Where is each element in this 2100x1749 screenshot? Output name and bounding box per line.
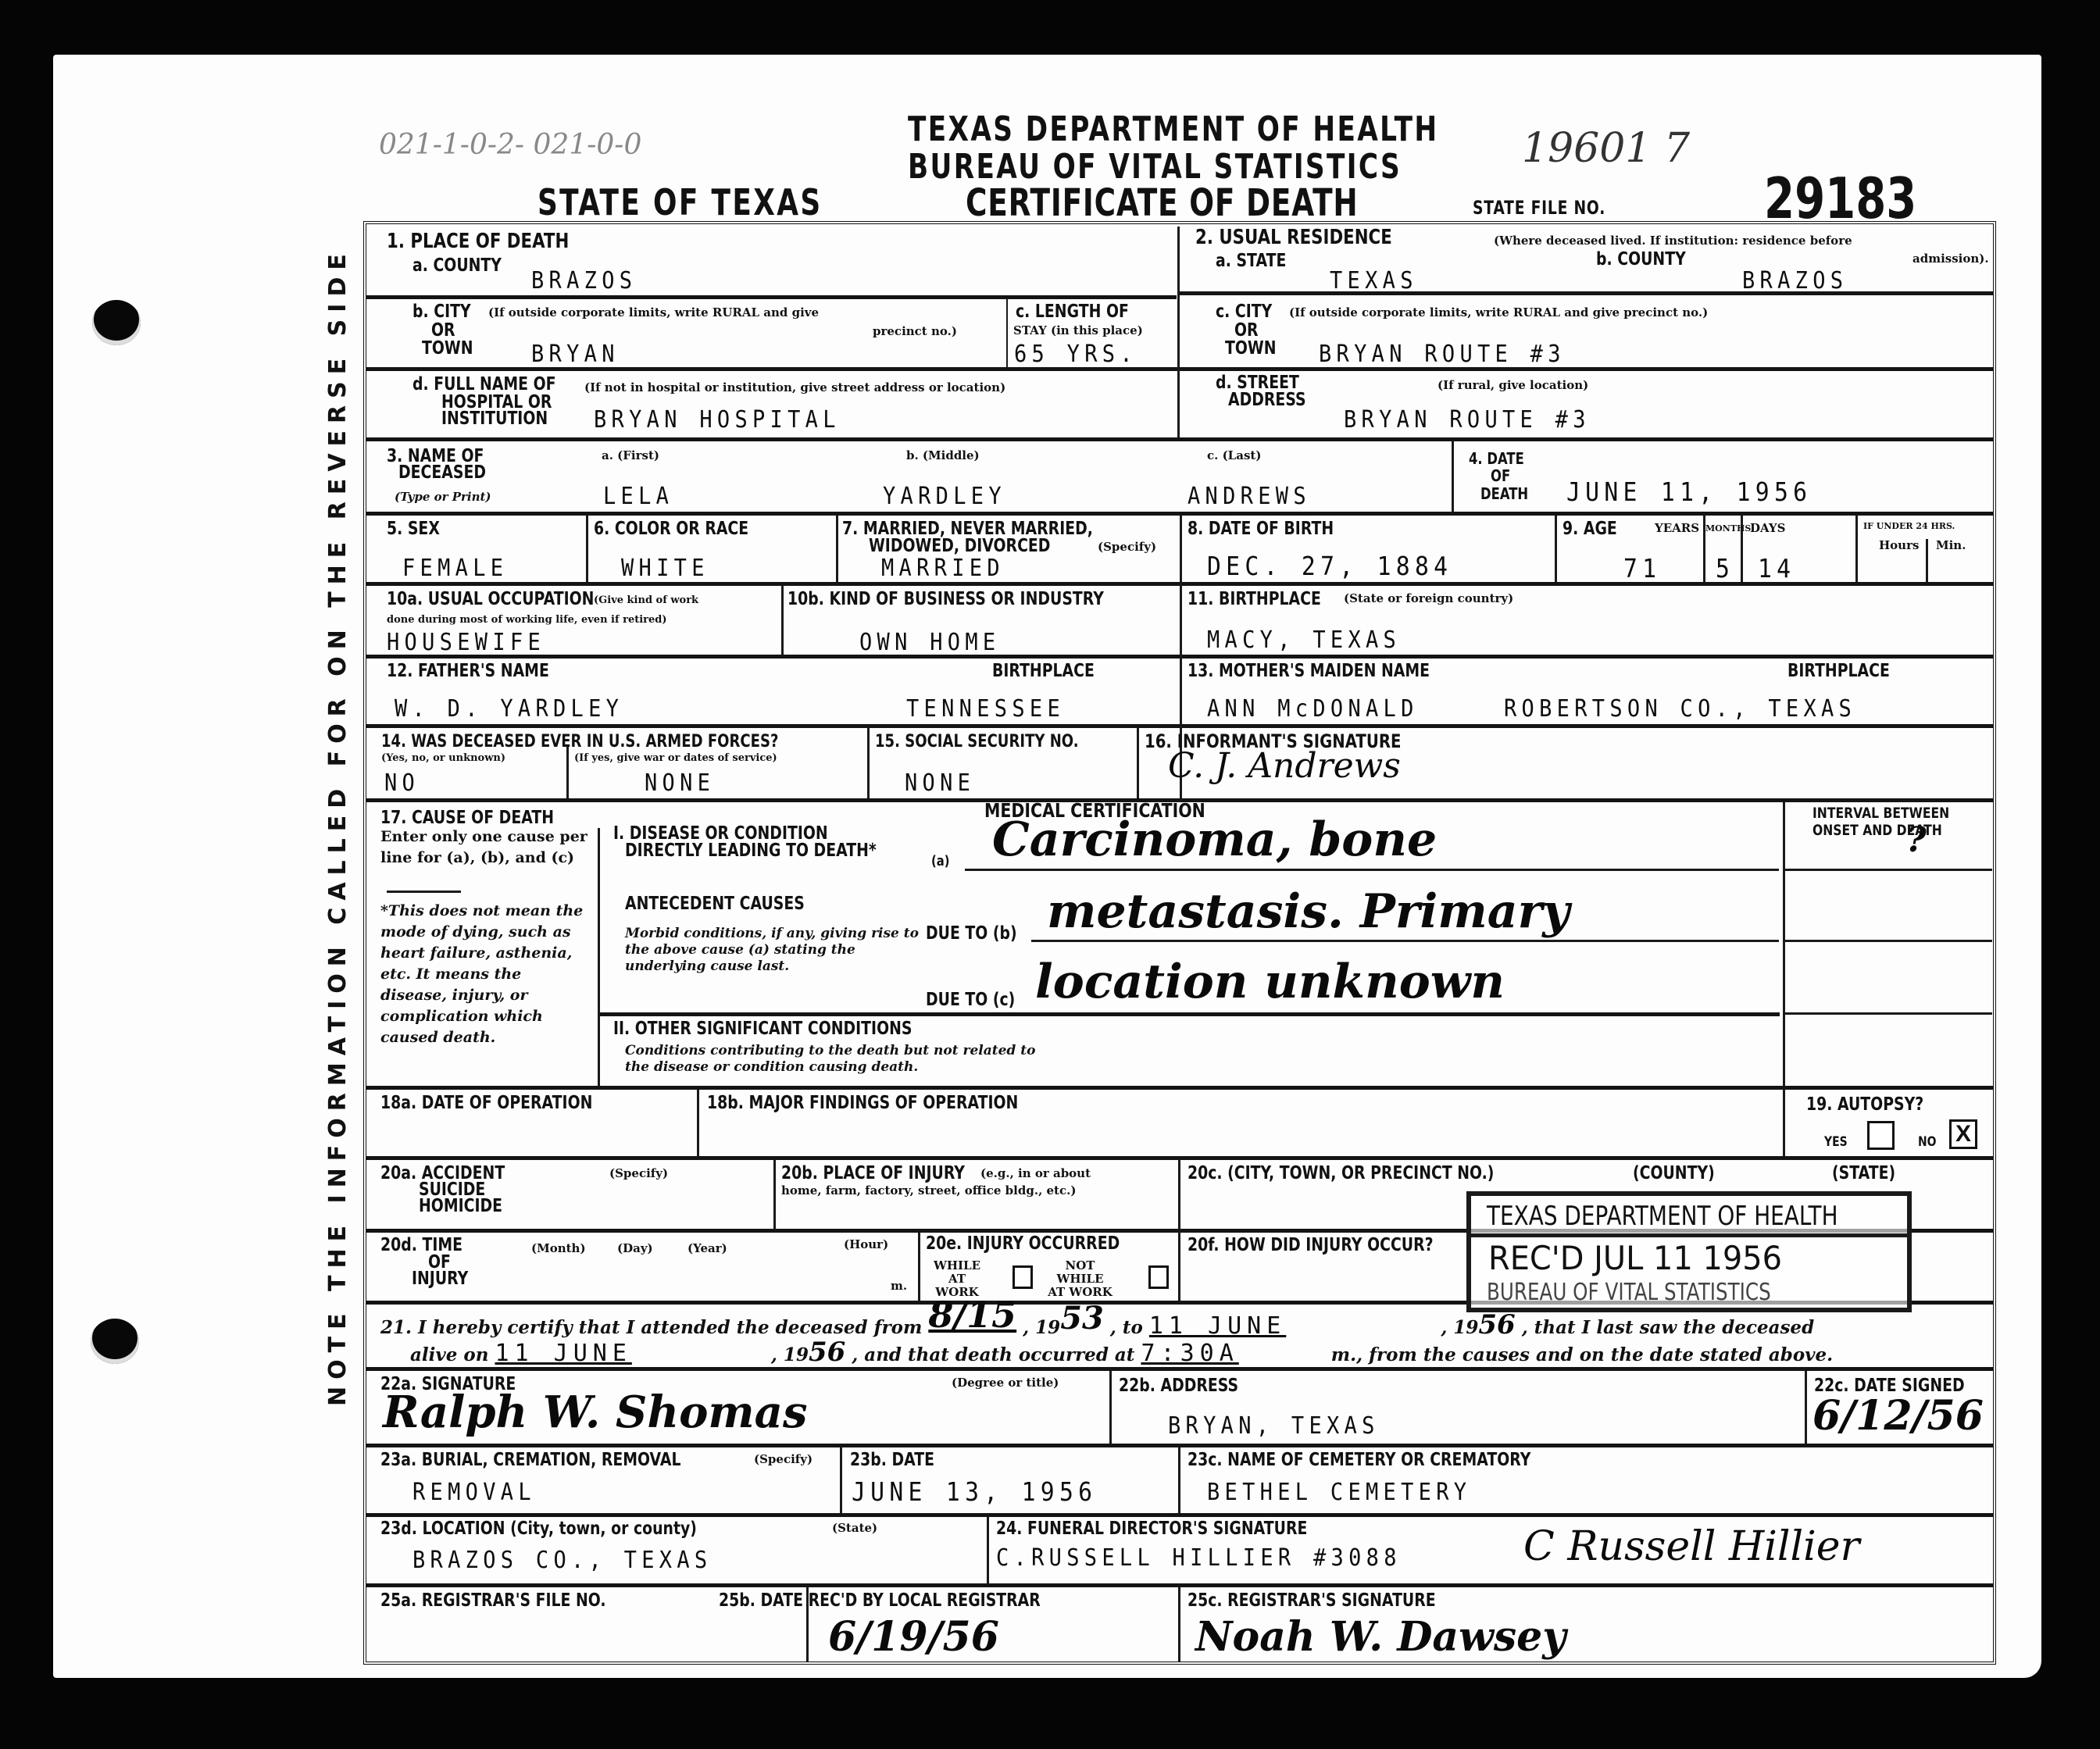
date-of-birth: DEC. 27, 1884	[1207, 551, 1452, 581]
last-seen-alive: 11 JUNE	[495, 1340, 631, 1367]
race-label: 6. COLOR OR RACE	[594, 519, 748, 539]
residence-state: TEXAS	[1330, 267, 1418, 294]
min-label: Min.	[1936, 539, 1966, 552]
rule	[697, 1090, 699, 1156]
certification-line-1: 21. I hereby certify that I attended the…	[380, 1311, 1814, 1338]
death-city-note-2: precinct no.)	[873, 325, 957, 338]
residence-county: BRAZOS	[1742, 267, 1848, 294]
residence-state-label: a. STATE	[1216, 252, 1286, 271]
residence-city-label: c. CITY	[1216, 302, 1272, 322]
name-label-2: DECEASED	[398, 463, 486, 483]
certification-text: , and that death occurred at	[852, 1344, 1134, 1365]
hospital-name: BRYAN HOSPITAL	[594, 406, 841, 434]
occupation-label: 10a. USUAL OCCUPATION	[387, 590, 594, 609]
last-name-label: c. (Last)	[1207, 449, 1261, 462]
certification-text: , 19	[771, 1344, 809, 1365]
months-label: MONTHS	[1705, 522, 1751, 535]
autopsy-no-label: NO	[1918, 1133, 1937, 1152]
first-name: LELA	[603, 483, 673, 510]
years-label: YEARS	[1655, 522, 1699, 535]
business: OWN HOME	[859, 629, 1000, 656]
armed-forces-note: (Yes, no, or unknown)	[381, 751, 505, 765]
marital-status: MARRIED	[881, 555, 1005, 582]
rule	[1109, 1371, 1112, 1444]
rule	[1926, 539, 1928, 582]
place-of-injury-note-2: home, farm, factory, street, office bldg…	[781, 1184, 1076, 1198]
mother-birthplace-label: BIRTHPLACE	[1787, 662, 1890, 681]
age-label: 9. AGE	[1562, 519, 1617, 539]
rule	[1785, 869, 1992, 871]
rule	[987, 1517, 989, 1583]
injury-city-label: 20c. (CITY, TOWN, OR PRECINCT NO.)	[1187, 1164, 1494, 1183]
hour-label: (Hour)	[844, 1238, 888, 1251]
length-of-stay: 65 YRS.	[1014, 341, 1137, 368]
date-of-death: JUNE 11, 1956	[1566, 477, 1812, 507]
burial-location-label: 23d. LOCATION (City, town, or county)	[380, 1519, 697, 1539]
street-label-2: ADDRESS	[1228, 391, 1306, 410]
disposition-label: 23a. BURIAL, CREMATION, REMOVAL	[380, 1451, 680, 1470]
sex: FEMALE	[402, 555, 508, 582]
funeral-director: C.RUSSELL HILLIER #3088	[996, 1544, 1402, 1572]
mother-label: 13. MOTHER'S MAIDEN NAME	[1187, 662, 1430, 681]
dob-label: 8. DATE OF BIRTH	[1187, 519, 1334, 539]
how-injury-label: 20f. HOW DID INJURY OCCUR?	[1187, 1236, 1434, 1255]
social-security-number: NONE	[905, 769, 975, 797]
stamp-line-3: BUREAU OF VITAL STATISTICS	[1487, 1280, 1771, 1305]
rule	[773, 1160, 776, 1229]
cause-footnote: *This does not mean the mode of dying, s…	[380, 901, 587, 1048]
rule	[1785, 940, 1992, 942]
rule	[366, 437, 1994, 441]
age-days: 14	[1758, 553, 1795, 584]
certification-line-2: alive on 11 JUNE , 1956 , and that death…	[410, 1342, 1833, 1365]
age-years: 71	[1623, 553, 1661, 584]
rule	[1180, 291, 1994, 295]
stamp-line-1: TEXAS DEPARTMENT OF HEALTH	[1487, 1202, 1838, 1230]
day-label: (Day)	[617, 1242, 653, 1255]
handwritten-number: 19601 7	[1522, 125, 1690, 172]
rule	[1785, 1012, 1992, 1015]
business-label: 10b. KIND OF BUSINESS OR INDUSTRY	[787, 590, 1104, 609]
rule	[1177, 227, 1180, 437]
rule	[1178, 1587, 1180, 1662]
name-label-3: (Type or Print)	[395, 491, 491, 504]
physician-address-label: 22b. ADDRESS	[1119, 1376, 1238, 1396]
accident-specify: (Specify)	[609, 1167, 668, 1180]
registrar-date-label: 25b. DATE REC'D BY LOCAL REGISTRAR	[719, 1591, 1041, 1611]
armed-forces-label: 14. WAS DECEASED EVER IN U.S. ARMED FORC…	[381, 732, 778, 751]
age-months: 5	[1716, 553, 1734, 584]
checkmark-x-icon: X	[1955, 1121, 1971, 1147]
interval-a: ?	[1906, 820, 1927, 860]
injury-county-label: (COUNTY)	[1633, 1164, 1715, 1183]
injury-state-label: (STATE)	[1832, 1164, 1895, 1183]
attended-to: 11 JUNE	[1149, 1312, 1286, 1340]
part1-label-2: DIRECTLY LEADING TO DEATH*	[625, 841, 877, 861]
hospital-label-3: INSTITUTION	[441, 409, 548, 429]
rule	[1178, 1160, 1180, 1301]
cause-instructions: Enter only one cause per line for (a), (…	[380, 826, 587, 869]
accident-label-3: HOMICIDE	[419, 1197, 502, 1216]
date-of-death-label-2: OF	[1491, 466, 1510, 486]
place-of-death-label: 1. PLACE OF DEATH	[387, 232, 569, 252]
year-label: (Year)	[687, 1242, 727, 1255]
mother-birthplace: ROBERTSON CO., TEXAS	[1504, 695, 1856, 723]
death-county-label: a. COUNTY	[412, 256, 502, 276]
registrar-signature-label: 25c. REGISTRAR'S SIGNATURE	[1187, 1591, 1436, 1611]
received-stamp: TEXAS DEPARTMENT OF HEALTH REC'D JUL 11 …	[1466, 1191, 1912, 1312]
injury-occurred-label: 20e. INJURY OCCURRED	[926, 1234, 1120, 1254]
last-seen-year: 56	[809, 1337, 845, 1368]
father-name: W. D. YARDLEY	[395, 695, 623, 723]
last-name: ANDREWS	[1187, 483, 1311, 510]
rule	[1555, 516, 1557, 582]
autopsy-label: 19. AUTOPSY?	[1806, 1095, 1923, 1115]
occupation-note-2: done during most of working life, even i…	[387, 613, 667, 626]
death-city-label: b. CITY	[412, 302, 471, 322]
birthplace-note: (State or foreign country)	[1344, 592, 1513, 605]
father-birthplace-label: BIRTHPLACE	[992, 662, 1095, 681]
time-of-death: 7:30A	[1141, 1340, 1238, 1367]
occupation-note: (Give kind of work	[594, 594, 698, 607]
attended-from-year: 53	[1060, 1300, 1104, 1337]
death-county: BRAZOS	[531, 267, 637, 294]
autopsy-no-checkbox[interactable]: X	[1949, 1119, 1977, 1149]
certification-text: , that I last saw the deceased	[1522, 1317, 1814, 1338]
cause-c: location unknown	[1035, 955, 1505, 1009]
rule	[836, 516, 838, 582]
under-24-label: IF UNDER 24 HRS.	[1863, 519, 1955, 533]
rule	[366, 1229, 1178, 1233]
antecedent-label: ANTECEDENT CAUSES	[625, 894, 805, 914]
not-while-at-work-label: NOT WHILE AT WORK	[1047, 1259, 1113, 1299]
rule	[840, 1447, 842, 1513]
rule	[965, 869, 1779, 871]
burial-date-label: 23b. DATE	[850, 1451, 934, 1470]
residence-label: 2. USUAL RESIDENCE	[1195, 228, 1392, 248]
occupation: HOUSEWIFE	[387, 629, 545, 656]
m-label: m.	[891, 1280, 907, 1293]
residence-city: BRYAN ROUTE #3	[1319, 341, 1566, 368]
burial-state-label: (State)	[832, 1522, 877, 1535]
death-city: BRYAN	[531, 341, 620, 368]
mother-name: ANN McDONALD	[1207, 695, 1419, 723]
autopsy-yes-label: YES	[1824, 1133, 1848, 1152]
certification-text: , to	[1110, 1317, 1143, 1338]
operation-findings-label: 18b. MAJOR FINDINGS OF OPERATION	[707, 1094, 1018, 1113]
rule	[781, 586, 784, 655]
sex-label: 5. SEX	[387, 519, 440, 539]
rule	[867, 726, 870, 798]
part2-note: Conditions contributing to the death but…	[625, 1043, 1062, 1076]
due-to-b-label: DUE TO (b)	[926, 924, 1017, 944]
place-of-injury-label: 20b. PLACE OF INJURY	[781, 1164, 965, 1183]
armed-forces-note-2: (If yes, give war or dates of service)	[574, 751, 777, 765]
certification-text: m., from the causes and on the date stat…	[1331, 1344, 1833, 1365]
birthplace-label: 11. BIRTHPLACE	[1187, 590, 1321, 609]
cause-a-marker: (a)	[931, 851, 949, 871]
middle-name: YARDLEY	[883, 483, 1006, 510]
funeral-director-label: 24. FUNERAL DIRECTOR'S SIGNATURE	[996, 1519, 1307, 1539]
armed-forces-service: NONE	[645, 769, 715, 797]
certification-text: 21. I hereby certify that I attended the…	[380, 1317, 922, 1338]
cemetery: BETHEL CEMETERY	[1207, 1479, 1471, 1506]
residence-county-label: b. COUNTY	[1596, 250, 1686, 269]
informant-signature: C. J. Andrews	[1168, 746, 1401, 786]
days-label: DAYS	[1750, 522, 1785, 535]
document-title: CERTIFICATE OF DEATH	[966, 181, 1359, 225]
burial-date: JUNE 13, 1956	[852, 1476, 1097, 1507]
hours-label: Hours	[1879, 539, 1919, 552]
first-name-label: a. (First)	[602, 449, 659, 462]
rule	[1137, 726, 1139, 798]
rule	[1178, 1447, 1180, 1513]
rule	[1031, 940, 1779, 942]
antecedent-note: Morbid conditions, if any, giving rise t…	[625, 926, 922, 975]
state-heading: STATE OF TEXAS	[537, 181, 823, 223]
cause-a: Carcinoma, bone	[992, 812, 1437, 867]
father-label: 12. FATHER'S NAME	[387, 662, 549, 681]
binder-hole-bottom	[91, 1319, 139, 1364]
rule	[600, 1012, 1780, 1016]
death-city-town: TOWN	[422, 339, 473, 359]
funeral-director-signature: C Russell Hillier	[1523, 1523, 1859, 1570]
place-of-injury-note: (e.g., in or about	[980, 1167, 1091, 1180]
rule	[1855, 516, 1858, 582]
rule	[366, 295, 1177, 299]
father-birthplace: TENNESSEE	[906, 695, 1065, 723]
street-note: (If rural, give location)	[1437, 379, 1588, 392]
due-to-c-label: DUE TO (c)	[926, 991, 1015, 1010]
length-of-stay-label: c. LENGTH OF	[1016, 302, 1129, 322]
registrar-date: 6/19/56	[828, 1613, 999, 1661]
not-while-at-work-checkbox[interactable]	[1148, 1265, 1169, 1289]
middle-name-label: b. (Middle)	[906, 449, 980, 462]
stamp-divider	[1471, 1233, 1907, 1237]
interval-label: INTERVAL BETWEEN ONSET AND DEATH	[1812, 805, 1982, 839]
date-signed: 6/12/56	[1812, 1392, 1984, 1440]
street-address: BRYAN ROUTE #3	[1344, 406, 1591, 434]
rule	[366, 1086, 1994, 1090]
cemetery-label: 23c. NAME OF CEMETERY OR CREMATORY	[1187, 1451, 1530, 1470]
part2-label: II. OTHER SIGNIFICANT CONDITIONS	[613, 1019, 912, 1039]
marital-specify: (Specify)	[1098, 541, 1156, 554]
death-city-note: (If outside corporate limits, write RURA…	[488, 306, 819, 319]
rule	[918, 1233, 920, 1301]
certification-text: alive on	[410, 1344, 488, 1365]
attended-from: 8/15	[928, 1294, 1016, 1336]
rule	[1805, 1371, 1807, 1444]
rule	[1006, 298, 1008, 367]
stamp-line-2: REC'D JUL 11 1956	[1488, 1241, 1782, 1276]
date-of-death-label-3: DEATH	[1480, 484, 1528, 504]
certification-text: , 19	[1023, 1317, 1060, 1338]
residence-city-note: (If outside corporate limits, write RURA…	[1289, 306, 1708, 319]
cause-b: metastasis. Primary	[1047, 884, 1570, 939]
residence-city-town: TOWN	[1225, 339, 1276, 359]
length-of-stay-label-2: STAY (in this place)	[1013, 324, 1143, 337]
armed-forces: NO	[384, 769, 420, 797]
degree-label: (Degree or title)	[952, 1376, 1059, 1390]
month-label: (Month)	[531, 1242, 586, 1255]
rule	[566, 746, 569, 798]
disposition-specify: (Specify)	[754, 1453, 812, 1466]
physician-address: BRYAN, TEXAS	[1168, 1412, 1380, 1440]
disposition: REMOVAL	[412, 1479, 536, 1506]
residence-note: (Where deceased lived. If institution: r…	[1494, 234, 1852, 248]
operation-date-label: 18a. DATE OF OPERATION	[380, 1094, 592, 1113]
hospital-note: (If not in hospital or institution, give…	[584, 381, 1005, 394]
ssn-label: 15. SOCIAL SECURITY NO.	[875, 732, 1079, 751]
physician-signature: Ralph W. Shomas	[383, 1387, 807, 1438]
rule	[1452, 441, 1454, 512]
race: WHITE	[621, 555, 709, 582]
reverse-side-note: NOTE THE INFORMATION CALLED FOR ON THE R…	[324, 247, 352, 1406]
burial-location: BRAZOS CO., TEXAS	[412, 1547, 712, 1574]
rule	[1783, 802, 1785, 1156]
handwritten-code: 021-1-0-2- 021-0-0	[379, 129, 641, 161]
birthplace: MACY, TEXAS	[1207, 626, 1401, 654]
registrar-file-label: 25a. REGISTRAR'S FILE NO.	[380, 1591, 606, 1611]
rule	[598, 828, 600, 1086]
rule	[366, 1513, 1994, 1517]
rule	[586, 516, 588, 582]
binder-hole-top	[92, 300, 141, 345]
cause-of-death-label: 17. CAUSE OF DEATH	[380, 808, 554, 828]
marital-label-2: WIDOWED, DIVORCED	[869, 537, 1050, 556]
registrar-signature: Noah W. Dawsey	[1195, 1613, 1566, 1661]
time-of-injury-label-3: INJURY	[412, 1269, 468, 1289]
while-at-work-checkbox[interactable]	[1012, 1265, 1033, 1289]
state-file-label: STATE FILE NO.	[1473, 197, 1605, 219]
rule	[387, 891, 461, 893]
rule	[366, 1367, 1994, 1371]
autopsy-yes-checkbox[interactable]	[1867, 1121, 1895, 1150]
residence-note-2: admission).	[1912, 252, 1989, 266]
agency-line-1: TEXAS DEPARTMENT OF HEALTH	[908, 109, 1438, 149]
attended-to-year: 56	[1478, 1309, 1515, 1340]
certification-text: , 19	[1441, 1317, 1478, 1338]
